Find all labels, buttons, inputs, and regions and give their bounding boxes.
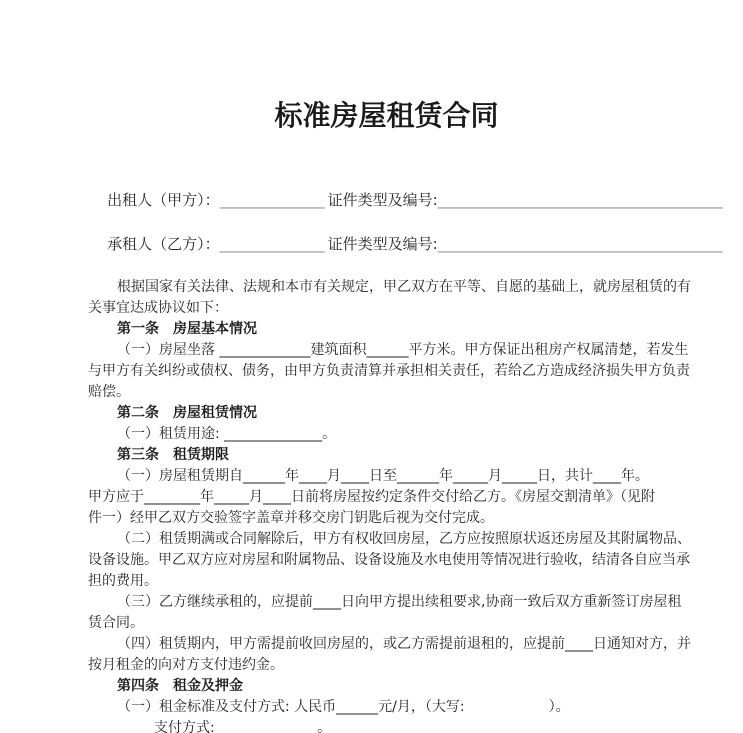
clause-3-heading: 第三条 租赁期限 [88, 445, 693, 466]
lessee-label: 承租人（乙方）： [107, 235, 220, 253]
clause-2-item-1-line: （一）租赁用途: ______________。 [88, 424, 693, 445]
lessor-id-blank: ______________________________________ [438, 191, 723, 209]
clause-3-item-1-line: 件一）经甲乙双方交验签字盖章并移交房门钥匙后视为交付完成。 [88, 508, 693, 529]
clause-3-item-3-line: 赁合同。 [88, 613, 693, 634]
clause-4-heading: 第四条 租金及押金 [88, 676, 693, 697]
lessee-name-blank: ______________ [220, 235, 325, 253]
clause-1-item-1-line: 与甲方有关纠纷或债权、债务，由甲方负责清算并承担相关责任，若给乙方造成经济损失甲… [88, 361, 693, 382]
clause-2-heading: 第二条 房屋租赁情况 [88, 403, 693, 424]
clause-1-heading: 第一条 房屋基本情况 [88, 319, 693, 340]
lessee-id-label: 证件类型及编号: [325, 235, 438, 253]
lessee-id-blank: ______________________________________ [438, 235, 723, 253]
clause-4-payment-method-line: 支付方式: ______________。 [88, 718, 693, 733]
clause-3-item-3-line: （三）乙方继续承租的，应提前____日向甲方提出续租要求,协商一致后双方重新签订… [88, 592, 693, 613]
clause-1-item-1-line: 赔偿。 [88, 382, 693, 403]
lessor-id-label: 证件类型及编号: [325, 191, 438, 209]
contract-body: 根据国家有关法律、法规和本市有关规定，甲乙双方在平等、自愿的基础上，就房屋租赁的… [88, 277, 693, 733]
clause-3-item-1-line: 甲方应于________年_____月____日前将房屋按约定条件交付给乙方。《… [88, 487, 693, 508]
clause-3-item-4-line: （四）租赁期内，甲方需提前收回房屋的，或乙方需提前退租的，应提前____日通知对… [88, 634, 693, 655]
clause-3-item-1-line: （一）房屋租赁期自______年____月____日至______年_____月… [88, 466, 693, 487]
contract-document-page: 标准房屋租赁合同 出租人（甲方）：______________证件类型及编号:_… [0, 0, 743, 733]
document-title: 标准房屋租赁合同 [88, 99, 685, 133]
clause-3-item-2-line: （二）租赁期满或合同解除后，甲方有权收回房屋，乙方应按照原状返还房屋及其附属物品… [88, 529, 693, 550]
clause-3-item-2-line: 担的费用。 [88, 571, 693, 592]
lessor-label: 出租人（甲方）： [107, 191, 220, 209]
intro-paragraph-line: 关事宜达成协议如下： [88, 298, 693, 319]
intro-paragraph-line: 根据国家有关法律、法规和本市有关规定，甲乙双方在平等、自愿的基础上，就房屋租赁的… [88, 277, 693, 298]
clause-3-item-4-line: 按月租金的向对方支付违约金。 [88, 655, 693, 676]
clause-1-item-1-line: （一）房屋坐落 _____________建筑面积______平方米。甲方保证出… [88, 340, 693, 361]
lessor-name-blank: ______________ [220, 191, 325, 209]
clause-4-item-1-line: （一）租金标准及支付方式: 人民币______元/月，（大写: ）。 [88, 697, 693, 718]
clause-3-item-2-line: 设备设施。甲乙双方应对房屋和附属物品、设备设施及水电使用等情况进行验收，结清各自… [88, 550, 693, 571]
lessee-line: 承租人（乙方）：______________证件类型及编号:__________… [88, 214, 688, 274]
